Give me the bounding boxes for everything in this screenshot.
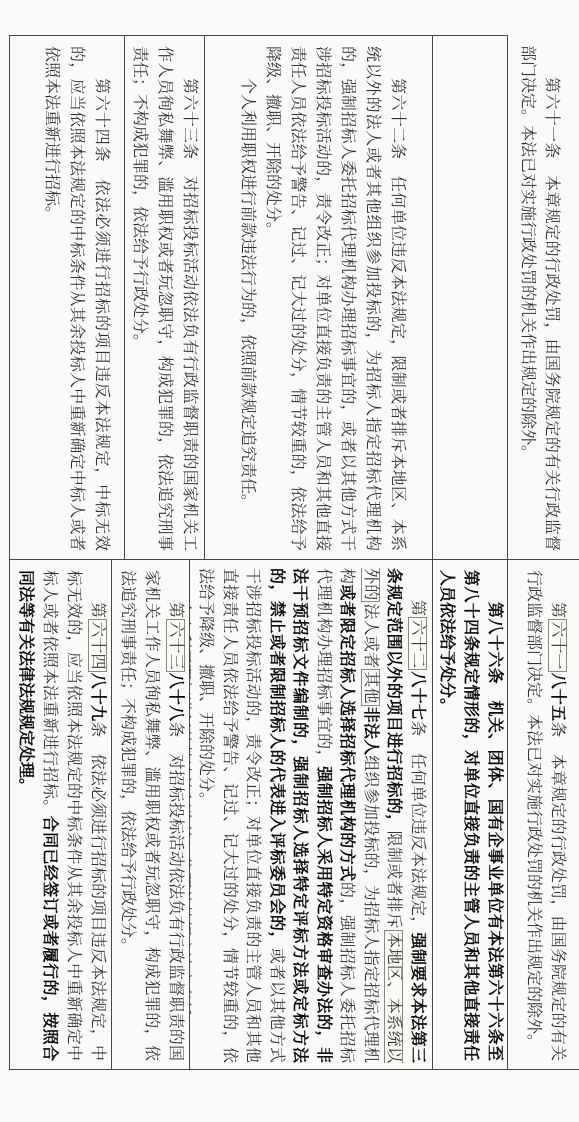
text-run: 条 任何单位违反本法规定， (409, 720, 426, 932)
article-cell-old-row3: 第六十二条 任何单位违反本法规定，限制或者排斥本地区、本系统以外的法人或者其他组… (204, 35, 432, 560)
text-run: 第 (409, 600, 426, 616)
paragraph: 第六十四条 依法必须进行招标的项目违反本法规定，中标无效的，应当依照本法规定的中… (39, 46, 114, 551)
column-revised-law: 第六十一八十五条 本章规定的行政处罚，由国务院规定的有关行政监督部门决定。本法已… (9, 560, 579, 1070)
article-cell-new-row1: 第六十一八十五条 本章规定的行政处罚，由国务院规定的有关行政监督部门决定。本法已… (507, 560, 579, 1070)
text-run: 第六十四条 依法必须进行招标的项目违反本法规定，中标无效的，应当依照本法规定的中… (43, 46, 110, 551)
paragraph: 第六十二条 任何单位违反本法规定，限制或者排斥本地区、本系统以外的法人或者其他组… (260, 46, 410, 551)
paragraph: 第六十四八十九条 依法必须进行招标的项目违反本法规定，中标无效的，应当依照本法规… (13, 570, 109, 1061)
paragraph: 第六十一条 本章规定的行政处罚，由国务院规定的有关行政监督部门决定。本法已对实施… (515, 45, 563, 551)
text-run: 第 (167, 602, 184, 618)
deleted-text: 六十一 (548, 619, 567, 672)
article-cell-old-row5: 第六十四条 依法必须进行招标的项目违反本法规定，中标无效的，应当依照本法规定的中… (9, 35, 124, 560)
paragraph: 第八十六条 机关、团体、国有企事业单位有本法第六十六条至第八十四条规定情形的，对… (434, 570, 506, 1061)
paragraph: 个人利用职权进行前款违法行为的，依照前款规定追究责任。 (189, 568, 194, 1063)
deleted-text: 六十三 (166, 619, 185, 672)
column-current-law: 第六十一条 本章规定的行政处罚，由国务院规定的有关行政监督部门决定。本法已对实施… (9, 35, 579, 560)
text-run: 个人利用职权进行前款违法行为的，依照前款规定追究责任。 (189, 600, 191, 1032)
article-cell-new-row4: 第六十三八十八条 对招标投标活动依法负有行政监督职责的国家机关工作人员徇私舞弊、… (111, 560, 189, 1070)
text-run: 第六十二条 任何单位违反本法规定，限制或者排斥本地区、本系统以外的法人或者其他组… (264, 46, 406, 551)
paragraph: 第六十一八十五条 本章规定的行政处罚，由国务院规定的有关行政监督部门决定。本法已… (521, 570, 569, 1061)
law-comparison-table: 第六十一条 本章规定的行政处罚，由国务院规定的有关行政监督部门决定。本法已对实施… (9, 35, 579, 1070)
article-cell-new-row2: 第八十六条 机关、团体、国有企事业单位有本法第六十六条至第八十四条规定情形的，对… (432, 560, 507, 1070)
rotated-scan-content: 第六十一条 本章规定的行政处罚，由国务院规定的有关行政监督部门决定。本法已对实施… (0, 0, 579, 1122)
article-cell-new-row5: 第六十四八十九条 依法必须进行招标的项目违反本法规定，中标无效的，应当依照本法规… (9, 560, 111, 1070)
article-cell-old-row4: 第六十三条 对招标投标活动依法负有行政监督职责的国家机关工作人员徇私舞弊、滥用职… (124, 35, 204, 560)
deleted-text: 六十四 (88, 619, 107, 672)
added-text: 第八十六条 机关、团体、国有企事业单位有本法第六十六条至第八十四条规定情形的，对… (438, 570, 503, 1061)
added-text: 八十七 (409, 671, 426, 720)
text-run: 个人利用职权进行前款违法行为的，依照前款规定追究责任。 (239, 78, 256, 510)
deleted-text: 其他 (361, 669, 380, 705)
added-text: 八十九 (89, 673, 106, 722)
text-run: 法人或者 (362, 603, 379, 668)
paragraph: 第六十二八十七条 任何单位违反本法规定，强制要求本法第三条规定范围以外的项目进行… (194, 568, 429, 1063)
paragraph: 第六十三八十八条 对招标投标活动依法负有行政监督职责的国家机关工作人员徇私舞弊、… (115, 570, 187, 1061)
deleted-text: 六十二 (408, 617, 427, 670)
paragraph: 第六十三条 对招标投标活动依法负有行政监督职责的国家机关工作人员徇私舞弊、滥用职… (127, 46, 202, 551)
article-cell-old-row2 (432, 35, 507, 560)
added-text: 或者限定招标人选择招标代理机构的方式 (339, 585, 356, 882)
text-run: 第 (89, 602, 106, 618)
added-text: 八十八 (167, 673, 184, 722)
text-run: 第 (549, 602, 566, 618)
paragraph: 个人利用职权进行前款违法行为的，依照前款规定追究责任。 (235, 46, 260, 551)
text-run: 第六十三条 对招标投标活动依法负有行政监督职责的国家机关工作人员徇私舞弊、滥用职… (131, 46, 198, 551)
added-text: 八十五 (549, 673, 566, 722)
text-run: 第六十一条 本章规定的行政处罚，由国务院规定的有关行政监督部门决定。本法已对实施… (519, 45, 560, 551)
article-cell-new-row3: 第六十二八十七条 任何单位违反本法规定，强制要求本法第三条规定范围以外的项目进行… (189, 560, 432, 1070)
added-text: 非法人 (362, 707, 379, 756)
article-cell-old-row1: 第六十一条 本章规定的行政处罚，由国务院规定的有关行政监督部门决定。本法已对实施… (507, 35, 579, 560)
text-run: 限制或者排斥 (386, 831, 403, 929)
